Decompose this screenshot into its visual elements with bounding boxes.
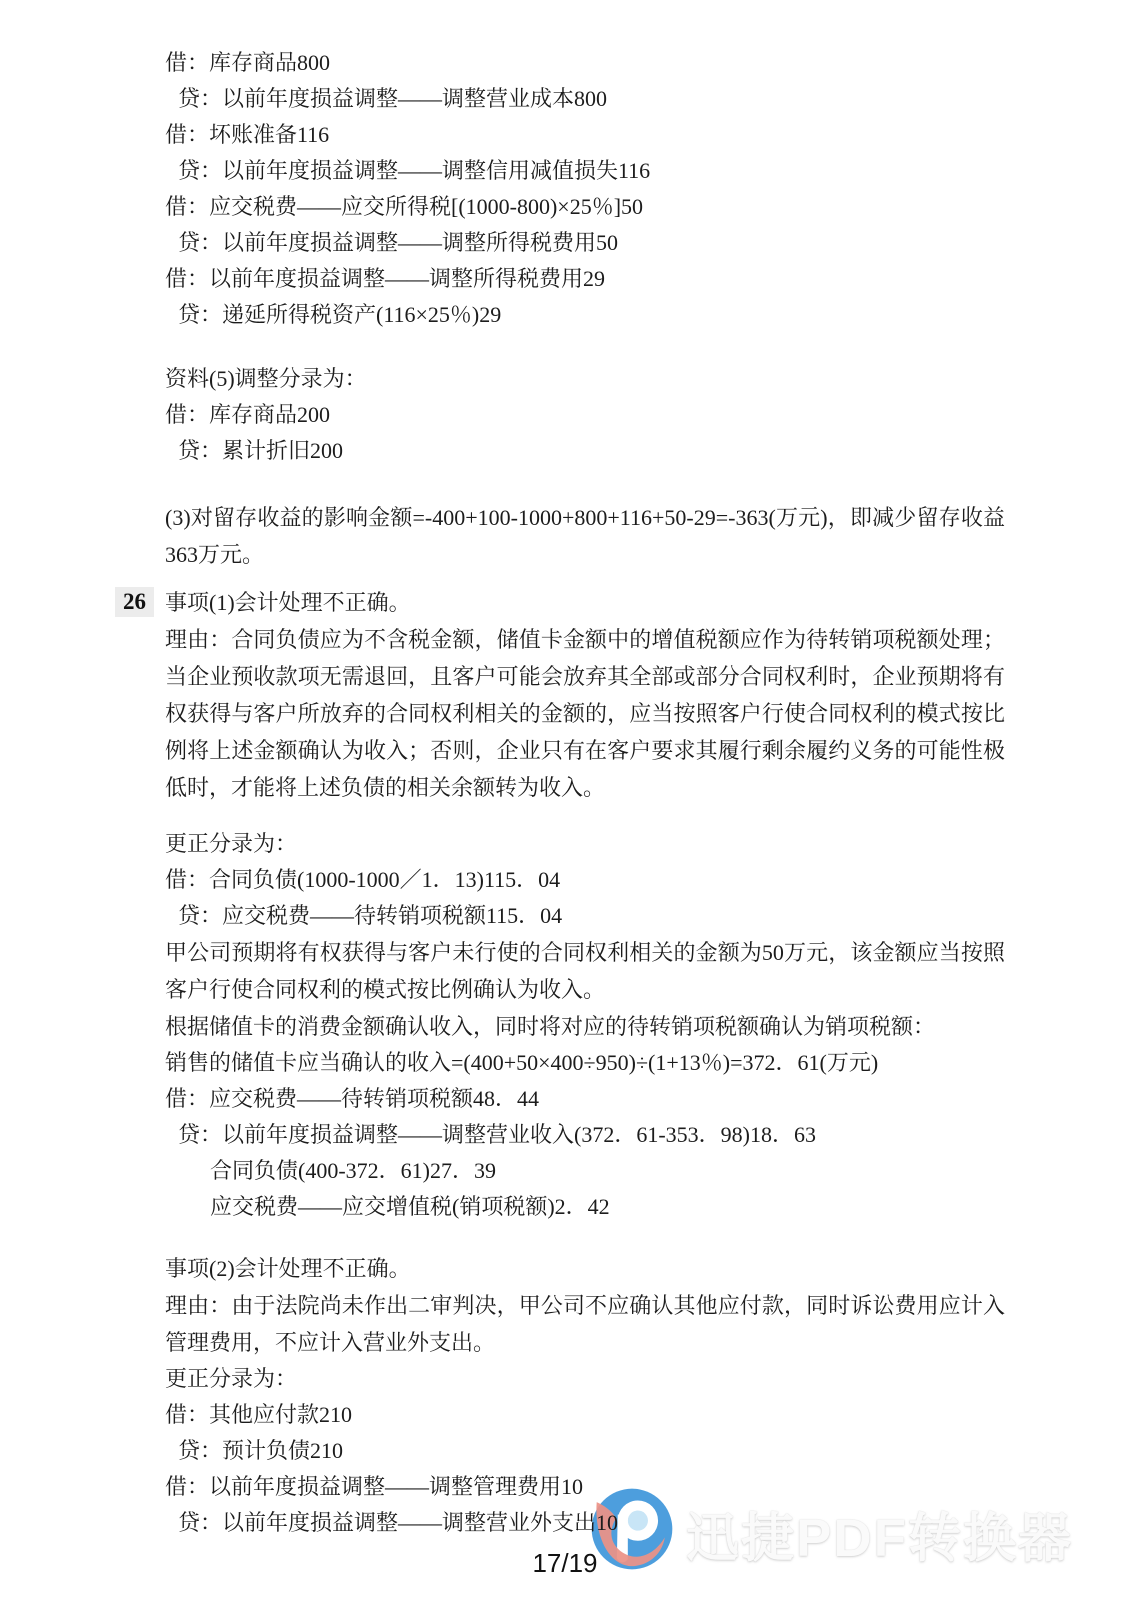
journal-entry-line: 贷：以前年度损益调整——调整所得税费用50: [165, 225, 1005, 261]
retained-earnings-paragraph: (3)对留存收益的影响金额=-400+100-1000+800+116+50-2…: [165, 499, 1005, 573]
journal-entry-line: 贷：预计负债210: [165, 1433, 1005, 1469]
expectation-paragraph: 甲公司预期将有权获得与客户未行使的合同权利相关的金额为50万元，该金额应当按照客…: [165, 934, 1005, 1008]
journal-entry-line: 借：合同负债(1000-1000／1．13)115．04: [165, 862, 1005, 898]
item-1-verdict-text: 事项(1)会计处理不正确。: [165, 590, 411, 615]
journal-entry-line: 贷：以前年度损益调整——调整营业成本800: [165, 81, 1005, 117]
question-26-line: 26 事项(1)会计处理不正确。: [165, 585, 1005, 621]
blank-gap: [165, 806, 1005, 826]
journal-entry-line: 借：以前年度损益调整——调整所得税费用29: [165, 261, 1005, 297]
revenue-formula-line: 销售的储值卡应当确认的收入=(400+50×400÷950)÷(1+13％)=3…: [165, 1045, 1005, 1081]
question-number-badge: 26: [115, 587, 154, 617]
journal-entry-line: 借：应交税费——待转销项税额48．44: [165, 1081, 1005, 1117]
journal-entry-line: 贷：以前年度损益调整——调整营业收入(372．61-353．98)18．63: [165, 1117, 1005, 1153]
correction-entries-heading: 更正分录为：: [165, 826, 1005, 862]
item-2-verdict-line: 事项(2)会计处理不正确。: [165, 1251, 1005, 1287]
journal-entry-line: 借：坏账准备116: [165, 117, 1005, 153]
item-1-reason-paragraph: 理由：合同负债应为不含税金额，储值卡金额中的增值税额应作为待转销项税额处理；当企…: [165, 621, 1005, 806]
journal-entry-line: 应交税费——应交增值税(销项税额)2．42: [165, 1189, 1005, 1225]
document-page: 迅捷PDF转换器 借：库存商品800 贷：以前年度损益调整——调整营业成本800…: [0, 0, 1130, 1600]
journal-entry-line: 借：其他应付款210: [165, 1397, 1005, 1433]
journal-entry-line: 贷：以前年度损益调整——调整信用减值损失116: [165, 153, 1005, 189]
journal-entry-line: 贷：累计折旧200: [165, 433, 1005, 469]
journal-entry-line: 合同负债(400-372．61)27．39: [165, 1153, 1005, 1189]
correction-entries-heading: 更正分录为：: [165, 1361, 1005, 1397]
journal-entry-line: 借：库存商品200: [165, 397, 1005, 433]
blank-gap: [165, 573, 1005, 585]
blank-gap: [165, 1225, 1005, 1251]
blank-gap: [165, 469, 1005, 499]
journal-entry-line: 贷：以前年度损益调整——调整营业外支出10: [165, 1505, 1005, 1541]
journal-entry-line: 贷：递延所得税资产(116×25％)29: [165, 297, 1005, 333]
journal-entry-line: 借：库存商品800: [165, 45, 1005, 81]
material-5-heading: 资料(5)调整分录为：: [165, 361, 1005, 397]
journal-entry-line: 借：以前年度损益调整——调整管理费用10: [165, 1469, 1005, 1505]
page-number: 17/19: [0, 1548, 1130, 1579]
recognition-note-line: 根据储值卡的消费金额确认收入，同时将对应的待转销项税额确认为销项税额：: [165, 1008, 1005, 1045]
item-2-reason-paragraph: 理由：由于法院尚未作出二审判决，甲公司不应确认其他应付款，同时诉讼费用应计入管理…: [165, 1287, 1005, 1361]
blank-gap: [165, 333, 1005, 361]
journal-entry-line: 贷：应交税费——待转销项税额115．04: [165, 898, 1005, 934]
answer-text-block: 借：库存商品800 贷：以前年度损益调整——调整营业成本800 借：坏账准备11…: [165, 45, 1005, 1541]
journal-entry-line: 借：应交税费——应交所得税[(1000-800)×25％]50: [165, 189, 1005, 225]
